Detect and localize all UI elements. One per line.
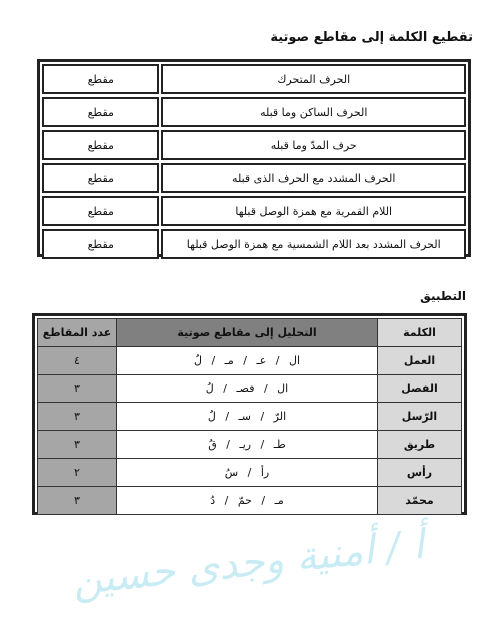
word-cell: الفصل (378, 375, 462, 403)
word-cell: طريق (378, 431, 462, 459)
header-count: عدد المقاطع (38, 319, 117, 347)
rule-row: حرف المدّ وما قبله مقطع (41, 129, 467, 162)
count-cell: ٢ (38, 459, 117, 487)
analysis-cell: رأ / سُ (117, 459, 378, 487)
rule-value: مقطع (42, 229, 159, 259)
rule-description: الحرف الساكن وما قبله (161, 97, 466, 127)
count-cell: ٣ (38, 375, 117, 403)
word-cell: العمل (378, 347, 462, 375)
analysis-cell: ال / عـ / مـ / لُ (117, 347, 378, 375)
word-cell: الرّسل (378, 403, 462, 431)
header-row: الكلمة التحليل إلى مقاطع صوتية عدد المقا… (38, 319, 462, 347)
word-cell: رأس (378, 459, 462, 487)
practice-heading: التطبيق (420, 289, 466, 303)
rules-table: الحرف المتحرك مقطع الحرف الساكن وما قبله… (37, 59, 471, 257)
rule-row: الحرف الساكن وما قبله مقطع (41, 96, 467, 129)
practice-table: الكلمة التحليل إلى مقاطع صوتية عدد المقا… (32, 313, 467, 515)
analysis-cell: طـ / ريـ / قُ (117, 431, 378, 459)
analysis-cell: ال / فصـ / لُ (117, 375, 378, 403)
rule-description: الحرف المتحرك (161, 64, 466, 94)
header-word: الكلمة (378, 319, 462, 347)
rule-description: الحرف المشدد مع الحرف الذى قبله (161, 163, 466, 193)
rule-value: مقطع (42, 196, 159, 226)
count-cell: ٣ (38, 487, 117, 515)
table-row: الفصل ال / فصـ / لُ ٣ (38, 375, 462, 403)
rule-description: حرف المدّ وما قبله (161, 130, 466, 160)
analysis-cell: الرّ / سـ / لُ (117, 403, 378, 431)
rule-row: الحرف المشدد مع الحرف الذى قبله مقطع (41, 162, 467, 195)
table-row: محمّد مـ / حمّ / دُ ٣ (38, 487, 462, 515)
rule-value: مقطع (42, 130, 159, 160)
analysis-cell: مـ / حمّ / دُ (117, 487, 378, 515)
rule-value: مقطع (42, 64, 159, 94)
rule-row: اللام القمرية مع همزة الوصل قبلها مقطع (41, 195, 467, 228)
count-cell: ٤ (38, 347, 117, 375)
header-analysis: التحليل إلى مقاطع صوتية (117, 319, 378, 347)
author-signature: أ / أمنية وجدى حسين (57, 520, 443, 639)
table-row: العمل ال / عـ / مـ / لُ ٤ (38, 347, 462, 375)
rule-row: الحرف المشدد بعد اللام الشمسية مع همزة ا… (41, 228, 467, 261)
count-cell: ٣ (38, 403, 117, 431)
page-title: تقطيع الكلمة إلى مقاطع صوتية (270, 30, 473, 45)
rule-value: مقطع (42, 97, 159, 127)
table-row: طريق طـ / ريـ / قُ ٣ (38, 431, 462, 459)
count-cell: ٣ (38, 431, 117, 459)
rule-row: الحرف المتحرك مقطع (41, 63, 467, 96)
rule-description: الحرف المشدد بعد اللام الشمسية مع همزة ا… (161, 229, 466, 259)
rule-value: مقطع (42, 163, 159, 193)
table-row: الرّسل الرّ / سـ / لُ ٣ (38, 403, 462, 431)
word-cell: محمّد (378, 487, 462, 515)
rule-description: اللام القمرية مع همزة الوصل قبلها (161, 196, 466, 226)
table-row: رأس رأ / سُ ٢ (38, 459, 462, 487)
